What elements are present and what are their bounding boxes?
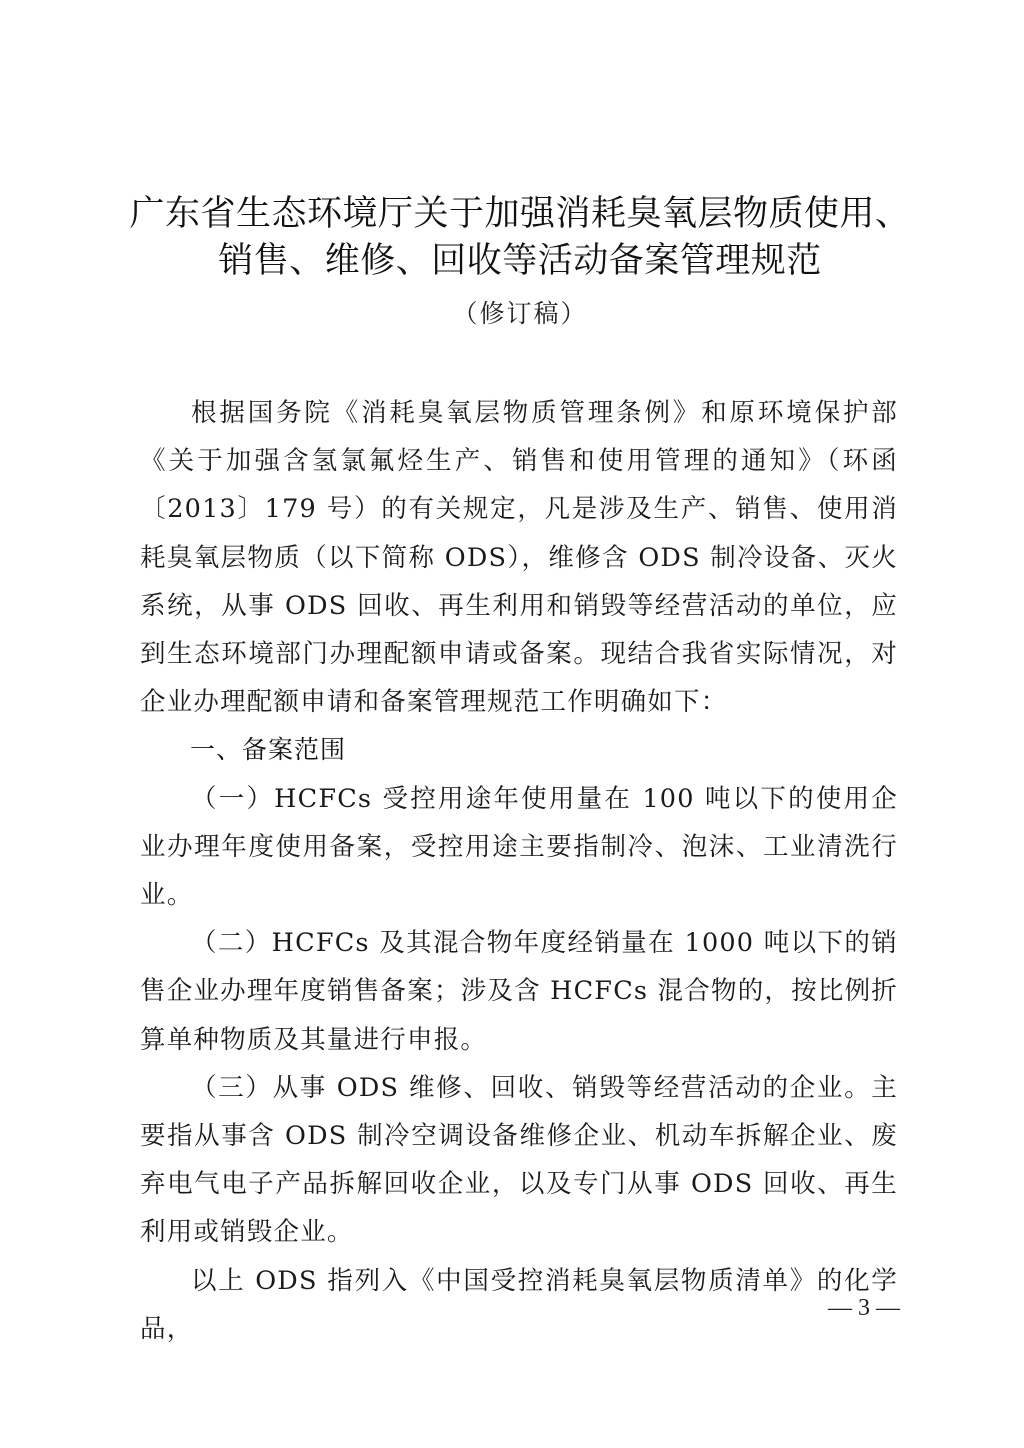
section-item-1: （一）HCFCs 受控用途年使用量在 100 吨以下的使用企业办理年度使用备案，…	[140, 775, 898, 920]
document-title-line-1: 广东省生态环境厅关于加强消耗臭氧层物质使用、	[120, 191, 920, 238]
page-number: — 3 —	[815, 1290, 900, 1326]
section-item-3: （三）从事 ODS 维修、回收、销毁等经营活动的企业。主要指从事含 ODS 制冷…	[140, 1064, 898, 1257]
document-body: 根据国务院《消耗臭氧层物质管理条例》和原环境保护部《关于加强含氢氯氟烃生产、销售…	[140, 389, 898, 1353]
trailing-paragraph: 以上 ODS 指列入《中国受控消耗臭氧层物质清单》的化学品，	[140, 1257, 898, 1353]
document-title-line-2: 销售、维修、回收等活动备案管理规范	[120, 238, 920, 285]
section-heading: 一、备案范围	[140, 726, 898, 774]
intro-paragraph: 根据国务院《消耗臭氧层物质管理条例》和原环境保护部《关于加强含氢氯氟烃生产、销售…	[140, 389, 898, 726]
document-page: 广东省生态环境厅关于加强消耗臭氧层物质使用、 销售、维修、回收等活动备案管理规范…	[0, 0, 1024, 1448]
section-item-2: （二）HCFCs 及其混合物年度经销量在 1000 吨以下的销售企业办理年度销售…	[140, 919, 898, 1064]
document-subtitle: （修订稿）	[120, 296, 920, 332]
